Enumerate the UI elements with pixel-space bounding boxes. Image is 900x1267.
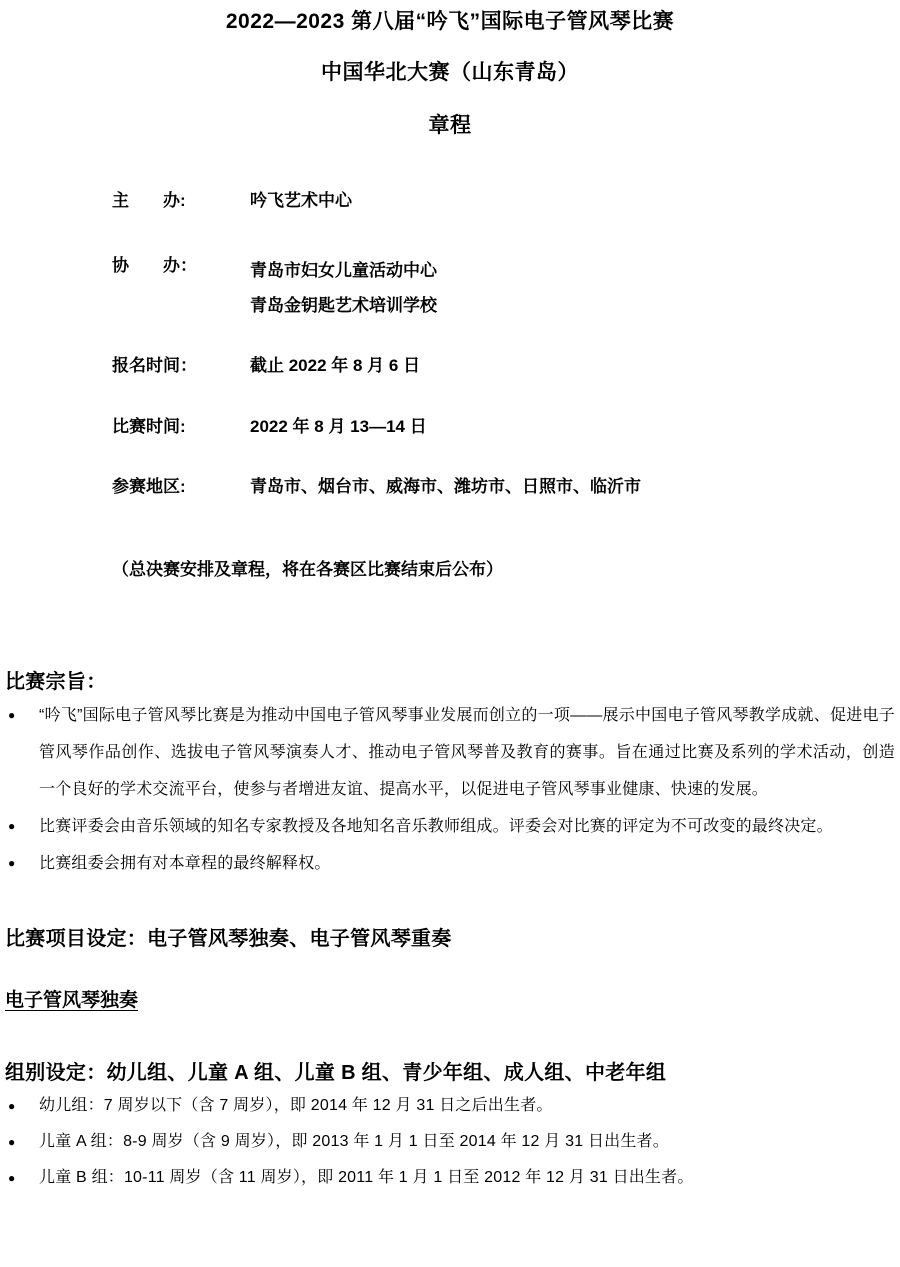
- bullet-icon: ●: [5, 697, 39, 734]
- purpose-section-heading: 比赛宗旨：: [5, 668, 895, 697]
- info-row-co-organizer: 协 办： 青岛市妇女儿童活动中心 青岛金钥匙艺术培训学校: [112, 253, 895, 323]
- list-item: ● “吟飞”国际电子管风琴比赛是为推动中国电子管风琴事业发展而创立的一项——展示…: [5, 697, 895, 808]
- purpose-bullet-2: 比赛评委会由音乐领域的知名专家教授及各地知名音乐教师组成。评委会对比赛的评定为不…: [39, 808, 895, 845]
- purpose-bullet-3: 比赛组委会拥有对本章程的最终解释权。: [39, 845, 895, 882]
- list-item: ● 儿童 A 组：8-9 周岁（含 9 周岁），即 2013 年 1 月 1 日…: [5, 1124, 895, 1160]
- list-item: ● 儿童 B 组：10-11 周岁（含 11 周岁），即 2011 年 1 月 …: [5, 1160, 895, 1196]
- participating-regions-label: 参赛地区:: [112, 474, 250, 500]
- info-row-registration-deadline: 报名时间： 截止 2022 年 8 月 6 日: [112, 353, 895, 379]
- purpose-bullet-1: “吟飞”国际电子管风琴比赛是为推动中国电子管风琴事业发展而创立的一项——展示中国…: [39, 697, 895, 808]
- purpose-bullet-list: ● “吟飞”国际电子管风琴比赛是为推动中国电子管风琴事业发展而创立的一项——展示…: [5, 697, 895, 882]
- organizer-label: 主 办:: [112, 188, 250, 214]
- list-item: ● 幼儿组：7 周岁以下（含 7 周岁），即 2014 年 12 月 31 日之…: [5, 1088, 895, 1124]
- group-bullet-children-a: 儿童 A 组：8-9 周岁（含 9 周岁），即 2013 年 1 月 1 日至 …: [39, 1124, 895, 1160]
- document-page: 2022—2023 第八届“吟飞”国际电子管风琴比赛 中国华北大赛（山东青岛） …: [0, 0, 900, 1267]
- group-bullet-toddler: 幼儿组：7 周岁以下（含 7 周岁），即 2014 年 12 月 31 日之后出…: [39, 1088, 895, 1124]
- solo-subheading: 电子管风琴独奏: [5, 987, 895, 1014]
- group-bullet-children-b: 儿童 B 组：10-11 周岁（含 11 周岁），即 2011 年 1 月 1 …: [39, 1160, 895, 1196]
- events-section-heading: 比赛项目设定：电子管风琴独奏、电子管风琴重奏: [5, 925, 895, 954]
- groups-section-heading: 组别设定：幼儿组、儿童 A 组、儿童 B 组、青少年组、成人组、中老年组: [5, 1059, 895, 1088]
- registration-deadline-label: 报名时间：: [112, 353, 250, 379]
- page-title-line-1: 2022—2023 第八届“吟飞”国际电子管风琴比赛: [5, 0, 895, 36]
- finals-announcement-note: （总决赛安排及章程，将在各赛区比赛结束后公布）: [112, 557, 895, 583]
- co-organizer-value-1: 青岛市妇女儿童活动中心: [250, 253, 437, 288]
- list-item: ● 比赛评委会由音乐领域的知名专家教授及各地知名音乐教师组成。评委会对比赛的评定…: [5, 808, 895, 845]
- registration-deadline-value: 截止 2022 年 8 月 6 日: [250, 353, 420, 379]
- info-row-organizer: 主 办: 吟飞艺术中心: [112, 188, 895, 214]
- info-row-participating-regions: 参赛地区: 青岛市、烟台市、威海市、潍坊市、日照市、临沂市: [112, 474, 895, 500]
- competition-date-label: 比赛时间:: [112, 414, 250, 440]
- bullet-icon: ●: [5, 1124, 39, 1160]
- bullet-icon: ●: [5, 845, 39, 882]
- participating-regions-value: 青岛市、烟台市、威海市、潍坊市、日照市、临沂市: [250, 474, 641, 500]
- charter-title: 章程: [5, 112, 895, 140]
- organizer-value: 吟飞艺术中心: [250, 188, 352, 214]
- page-title-line-2: 中国华北大赛（山东青岛）: [5, 59, 895, 87]
- co-organizer-label: 协 办：: [112, 253, 250, 279]
- co-organizer-value-2: 青岛金钥匙艺术培训学校: [250, 288, 437, 323]
- bullet-icon: ●: [5, 1088, 39, 1124]
- co-organizer-values: 青岛市妇女儿童活动中心 青岛金钥匙艺术培训学校: [250, 253, 437, 323]
- competition-date-value: 2022 年 8 月 13—14 日: [250, 414, 427, 440]
- bullet-icon: ●: [5, 808, 39, 845]
- bullet-icon: ●: [5, 1160, 39, 1196]
- info-row-competition-date: 比赛时间: 2022 年 8 月 13—14 日: [112, 414, 895, 440]
- groups-bullet-list: ● 幼儿组：7 周岁以下（含 7 周岁），即 2014 年 12 月 31 日之…: [5, 1088, 895, 1196]
- list-item: ● 比赛组委会拥有对本章程的最终解释权。: [5, 845, 895, 882]
- competition-info-block: 主 办: 吟飞艺术中心 协 办： 青岛市妇女儿童活动中心 青岛金钥匙艺术培训学校…: [112, 188, 895, 500]
